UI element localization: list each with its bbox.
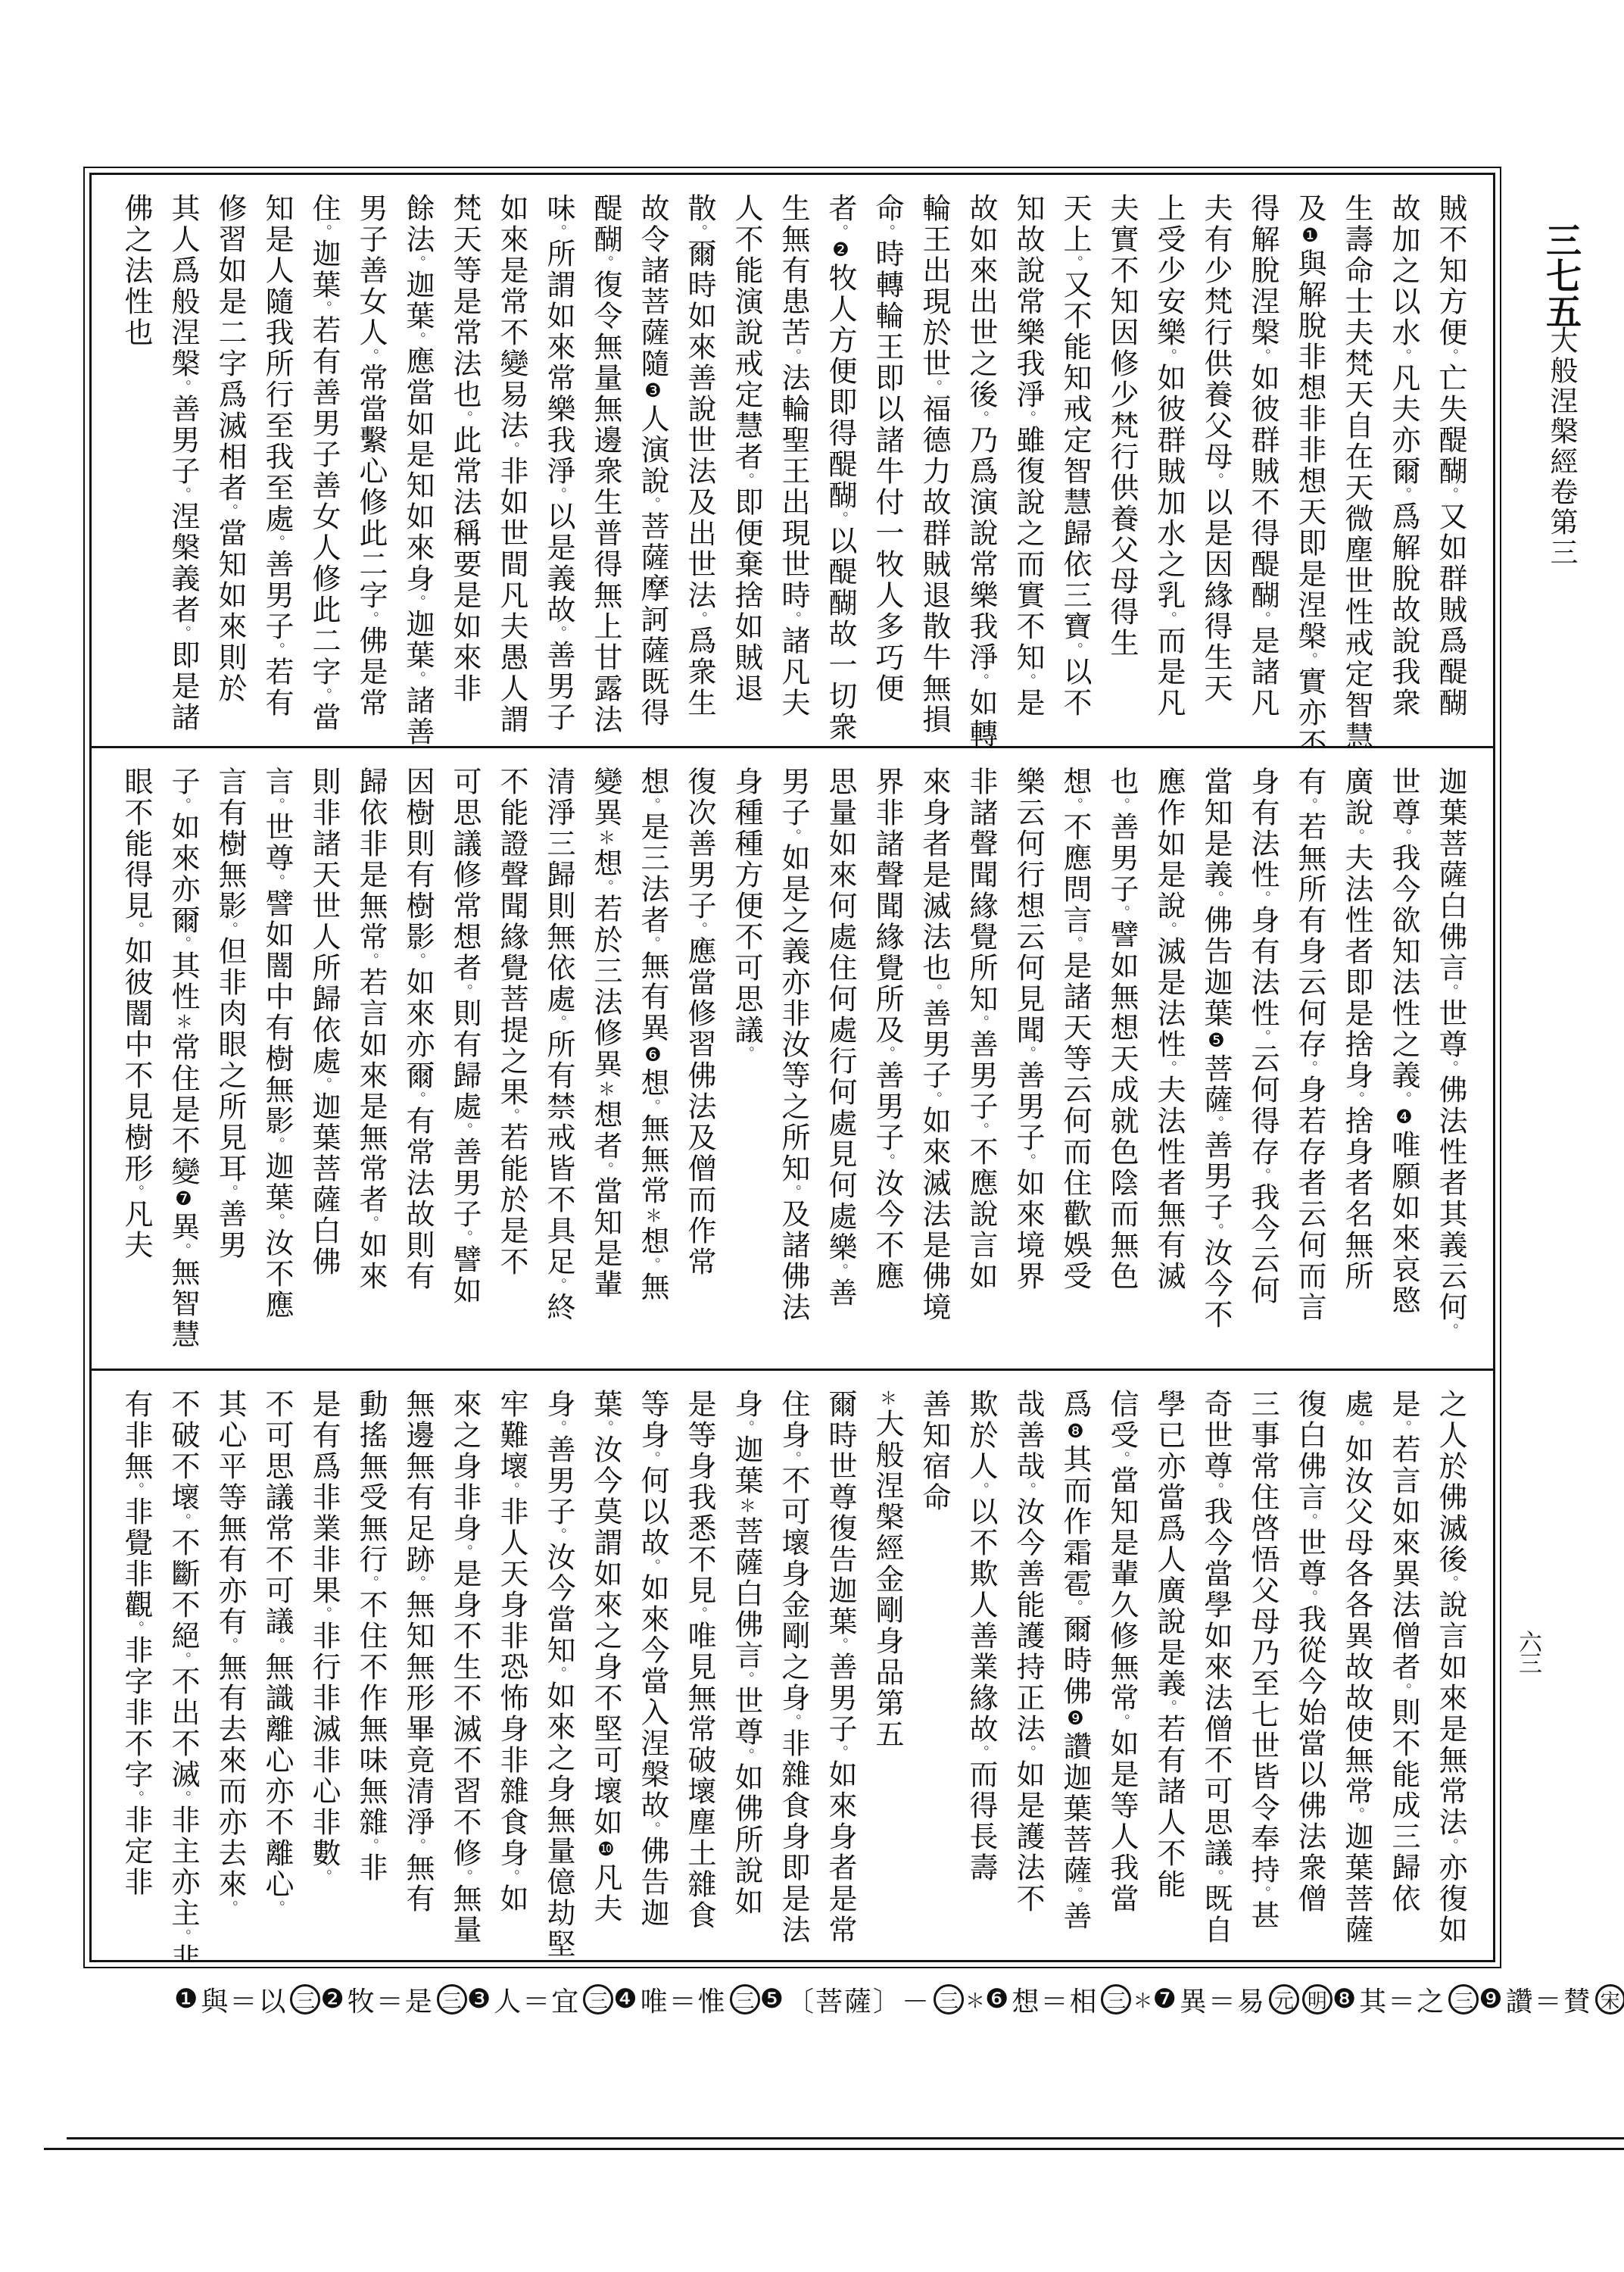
apparatus-number: ❾ — [1479, 1984, 1502, 2015]
apparatus-reading: 人＝宜 — [494, 1980, 580, 2019]
text-column: 有非無。非覺非觀。非字非不字。非定非 — [112, 1389, 159, 1954]
text-column: 佛之法性也 — [112, 193, 159, 740]
text-column: 奇世尊。我今當學如來法僧不可思議。既自 — [1192, 1389, 1239, 1954]
text-column: 言有樹無影。但非肉眼之所見耳。善男 — [206, 766, 253, 1362]
text-column: 當知是義。佛告迦葉❺菩薩。善男子。汝今不 — [1192, 766, 1239, 1362]
apparatus-number: ❺ — [760, 1984, 784, 2015]
apparatus-line: ❶與＝以三❷牧＝是三❸人＝宜三❹唯＝惟三❺〔菩薩〕－三＊❻想＝相三＊❼異＝易元明… — [174, 1978, 1479, 2021]
apparatus-reading: 與＝以 — [201, 1980, 287, 2019]
text-column: 生壽命士夫梵天自在天微塵世性戒定智慧 — [1333, 193, 1379, 740]
text-column: 故如來出世之後。乃爲演說常樂我淨。如轉 — [957, 193, 1004, 740]
text-column: 思量如來何處住何處行何處見何處樂。善 — [816, 766, 863, 1362]
canon-page-number: 三七五 — [1535, 222, 1586, 329]
register-top: 賊不知方便。亡失醍醐。又如群賊爲醍醐故加之以水。凡夫亦爾。爲解脫故說我衆生壽命士… — [92, 175, 1493, 748]
apparatus-reading: 牧＝是 — [348, 1980, 434, 2019]
text-column: 來身者是滅法也。善男子。如來滅法是佛境 — [910, 766, 957, 1362]
text-column: 不能證聲聞緣覺菩提之果。若能於是不 — [488, 766, 535, 1362]
apparatus-reading: 〔菩薩〕－ — [787, 1980, 930, 2019]
text-column: 歸依非是無常。若言如來是無常者。如來 — [347, 766, 394, 1362]
text-column: 是有爲非業非果。非行非滅非心非數。 — [300, 1389, 347, 1954]
text-column: 知是人隨我所行至我至處。善男子。若有 — [253, 193, 300, 740]
text-column: 無邊無有足跡。無知無形畢竟清淨。無有 — [394, 1389, 441, 1954]
register-bottom: 之人於佛滅後。說言如來是無常法。亦復如是。若言如來異法僧者。則不能成三歸依處。如… — [92, 1371, 1493, 1960]
text-column: 生無有患苦。法輪聖王出現世時。諸凡夫 — [769, 193, 816, 740]
text-column: 夫有少梵行供養父母。以是因緣得生天 — [1192, 193, 1239, 740]
text-column: 欺於人。以不欺人善業緣故。而得長壽 — [957, 1389, 1004, 1954]
edition-circle-icon: 三 — [437, 1984, 467, 2015]
edition-circle-icon: 三 — [1101, 1984, 1131, 2015]
text-column: 不破不壞。不斷不絕。不出不滅。非主亦主。非 — [159, 1389, 206, 1954]
apparatus-reading: 其＝之 — [1359, 1980, 1445, 2019]
apparatus-item: ❸人＝宜三 — [467, 1980, 613, 2019]
bottom-rule — [67, 2137, 1624, 2139]
text-column: 散。爾時如來善說世法及出世法。爲衆生 — [675, 193, 722, 740]
text-column: 故令諸菩薩隨❸人演說。菩薩摩訶薩既得 — [628, 193, 675, 740]
text-column: 其心平等無有亦有。無有去來而亦去來。 — [206, 1389, 253, 1954]
text-column: 不可思議常不可議。無識離心亦不離心。 — [253, 1389, 300, 1954]
text-column: 是等身我悉不見。唯見無常破壞塵土雜食 — [675, 1389, 722, 1954]
apparatus-item: ❾讚＝賛宋 — [1479, 1980, 1624, 2019]
text-column: 其人爲般涅槃。善男子。涅槃義者。即是諸 — [159, 193, 206, 740]
text-column: 復白佛言。世尊。我從今始當以佛法衆僧 — [1286, 1389, 1333, 1954]
text-column: 天上。又不能知戒定智慧歸依三寶。以不 — [1051, 193, 1098, 740]
text-column: 樂云何行想云何見聞。善男子。如來境界 — [1004, 766, 1051, 1362]
text-column: 夫實不知因修少梵行供養父母得生 — [1098, 193, 1145, 740]
apparatus-number: ❷ — [320, 1984, 344, 2015]
edition-circle-icon: 元 — [1269, 1984, 1299, 2015]
text-column: 則非諸天世人所歸依處。迦葉菩薩白佛 — [300, 766, 347, 1362]
text-column: ＊大般涅槃經金剛身品第五 — [863, 1389, 910, 1954]
text-column: 餘法。迦葉。應當如是知如來身。迦葉。諸善 — [394, 193, 441, 740]
text-column: 梵天等是常法也。此常法稱要是如來非 — [441, 193, 488, 740]
text-column: 復次善男子。應當修習佛法及僧而作常 — [675, 766, 722, 1362]
apparatus-number: ❸ — [467, 1984, 491, 2015]
apparatus-item: ❽其＝之三 — [1333, 1980, 1479, 2019]
apparatus-item: ❷牧＝是三 — [320, 1980, 466, 2019]
edition-circle-icon: 宋 — [1595, 1984, 1624, 2015]
text-column: 爾時世尊復告迦葉。善男子。如來身者是常 — [816, 1389, 863, 1954]
text-column: 信受。當知是輩久修無常。如是等人我當 — [1098, 1389, 1145, 1954]
text-column: 清淨三歸則無依處。所有禁戒皆不具足。終 — [535, 766, 581, 1362]
apparatus-item: ❹唯＝惟三 — [613, 1980, 759, 2019]
text-column: 故加之以水。凡夫亦爾。爲解脫故說我衆 — [1379, 193, 1426, 740]
text-column: 上受少安樂。如彼群賊加水之乳。而是凡 — [1145, 193, 1192, 740]
apparatus-number: ❹ — [613, 1984, 637, 2015]
text-column: 之人於佛滅後。說言如來是無常法。亦復如 — [1426, 1389, 1473, 1954]
apparatus-item: ❺〔菩薩〕－三＊ — [760, 1980, 985, 2019]
text-column: 界非諸聲聞緣覺所及。善男子。汝今不應 — [863, 766, 910, 1362]
text-column: 言。世尊。譬如闇中有樹無影。迦葉。汝不應 — [253, 766, 300, 1362]
apparatus-star: ＊ — [1133, 1986, 1152, 2014]
text-column: 來之身非身。是身不生不滅不習不修。無量 — [441, 1389, 488, 1954]
apparatus-number: ❻ — [985, 1984, 1008, 2015]
apparatus-reading: 想＝相 — [1011, 1980, 1098, 2019]
text-column: 迦葉菩薩白佛言。世尊。佛法性者其義云何。 — [1426, 766, 1473, 1362]
text-column: 男子善女人。常當繫心修此二字。佛是常 — [347, 193, 394, 740]
apparatus-reading: 唯＝惟 — [641, 1980, 727, 2019]
text-column: 者。❷牧人方便即得醍醐。以醍醐故一切衆 — [816, 193, 863, 740]
text-column: 味。所謂如來常樂我淨。以是義故。善男子 — [535, 193, 581, 740]
scroll-title: 大般涅槃經卷第三 — [1540, 326, 1581, 568]
edition-circle-icon: 明 — [1302, 1984, 1333, 2015]
text-column: 廣說。夫法性者即是捨身。捨身者名無所 — [1333, 766, 1379, 1362]
text-column: 眼不能得見。如彼闇中不見樹形。凡夫 — [112, 766, 159, 1362]
text-column: 子。如來亦爾。其性＊常住是不變❼異。無智慧 — [159, 766, 206, 1362]
text-column: 非諸聲聞緣覺所知。善男子。不應說言如 — [957, 766, 1004, 1362]
edition-circle-icon: 三 — [730, 1984, 760, 2015]
text-column: 修習如是二字爲滅相者。當知如來則於 — [206, 193, 253, 740]
text-column: 及❶與解脫非想非非想天即是涅槃。實亦不 — [1286, 193, 1333, 740]
text-column: 賊不知方便。亡失醍醐。又如群賊爲醍醐 — [1426, 193, 1473, 740]
text-column: 變異＊想。若於三法修異＊想者。當知是輩 — [581, 766, 628, 1362]
text-column: 因樹則有樹影。如來亦爾。有常法故則有 — [394, 766, 441, 1362]
text-column: 應作如是說。滅是法性。夫法性者無有滅 — [1145, 766, 1192, 1362]
edition-circle-icon: 三 — [290, 1984, 320, 2015]
text-column: 想。不應問言。是諸天等云何而住歡娛受 — [1051, 766, 1098, 1362]
apparatus-star: ＊ — [965, 1986, 985, 2014]
text-column: 處。如汝父母各各異故故使無常。迦葉菩薩 — [1333, 1389, 1379, 1954]
text-column: 善知宿命 — [910, 1389, 957, 1954]
edition-circle-icon: 三 — [1448, 1984, 1479, 2015]
text-column: 身。善男子。汝今當知。如來之身無量億劫堅 — [535, 1389, 581, 1954]
text-column: 世尊。我今欲知法性之義。❹唯願如來哀愍 — [1379, 766, 1426, 1362]
text-column: 想。是三法者。無有異❻想。無無常＊想。無 — [628, 766, 675, 1362]
text-column: 動搖無受無行。不住不作無味無雜。非 — [347, 1389, 394, 1954]
text-column: 如來是常不變易法。非如世間凡夫愚人謂 — [488, 193, 535, 740]
text-column: 得解脫涅槃。如彼群賊不得醍醐。是諸凡 — [1239, 193, 1286, 740]
text-column: 身種種方便不可思議。 — [722, 766, 769, 1362]
text-column: 有。若無所有身云何存。身若存者云何而言 — [1286, 766, 1333, 1362]
text-column: 可思議修常想者。則有歸處。善男子。譬如 — [441, 766, 488, 1362]
apparatus-number: ❼ — [1152, 1984, 1176, 2015]
apparatus-reading: 異＝易 — [1180, 1980, 1266, 2019]
folio-number: 六三 — [1511, 1630, 1545, 1672]
text-column: 醍醐。復令無量無邊衆生普得無上甘露法 — [581, 193, 628, 740]
text-column: 也。善男子。譬如無想天成就色陰而無色 — [1098, 766, 1145, 1362]
register-middle: 迦葉菩薩白佛言。世尊。佛法性者其義云何。世尊。我今欲知法性之義。❹唯願如來哀愍廣… — [92, 748, 1493, 1371]
apparatus-number: ❽ — [1333, 1984, 1356, 2015]
edition-circle-icon: 三 — [934, 1984, 964, 2015]
text-frame: 賊不知方便。亡失醍醐。又如群賊爲醍醐故加之以水。凡夫亦爾。爲解脫故說我衆生壽命士… — [89, 173, 1495, 1962]
text-column: 身。迦葉＊菩薩白佛言。世尊。如佛所說如 — [722, 1389, 769, 1954]
text-column: 人不能演說戒定慧者。即便棄捨如賊退 — [722, 193, 769, 740]
text-column: 葉。汝今莫謂如來之身不堅可壞如❿凡夫 — [581, 1389, 628, 1954]
text-column: 輪王出現於世。福德力故群賊退散牛無損 — [910, 193, 957, 740]
text-column: 哉善哉。汝今善能護持正法。如是護法不 — [1004, 1389, 1051, 1954]
text-column: 等身。何以故。如來今當入涅槃故。佛告迦 — [628, 1389, 675, 1954]
text-column: 男子。如是之義亦非汝等之所知。及諸佛法 — [769, 766, 816, 1362]
text-column: 牢難壞。非人天身非恐怖身非雜食身。如 — [488, 1389, 535, 1954]
text-column: 是。若言如來異法僧者。則不能成三歸依 — [1379, 1389, 1426, 1954]
scripture-page: 三七五 大般涅槃經卷第三 六三 賊不知方便。亡失醍醐。又如群賊爲醍醐故加之以水。… — [0, 0, 1624, 2272]
apparatus-item: ❻想＝相三＊ — [985, 1980, 1152, 2019]
text-column: 身有法性。身有法性。云何得存。我今云何 — [1239, 766, 1286, 1362]
apparatus-item: ❼異＝易元明 — [1152, 1980, 1332, 2019]
text-column: 住。迦葉。若有善男子善女人修此二字。當 — [300, 193, 347, 740]
apparatus-reading: 讚＝賛 — [1506, 1980, 1592, 2019]
text-column: 三事常住啓悟父母乃至七世皆令奉持。甚 — [1239, 1389, 1286, 1954]
text-column: 命。時轉輪王即以諸牛付一牧人多巧便 — [863, 193, 910, 740]
text-column: 知故說常樂我淨。雖復說之而實不知。是 — [1004, 193, 1051, 740]
text-column: 住身。不可壞身金剛之身。非雜食身即是法 — [769, 1389, 816, 1954]
apparatus-number: ❶ — [174, 1984, 198, 2015]
bottom-rule — [44, 2148, 1624, 2150]
edition-circle-icon: 三 — [583, 1984, 613, 2015]
text-column: 爲❽其而作霜雹。爾時佛❾讚迦葉菩薩。善 — [1051, 1389, 1098, 1954]
apparatus-item: ❶與＝以三 — [174, 1980, 320, 2019]
text-column: 學已亦當爲人廣說是義。若有諸人不能 — [1145, 1389, 1192, 1954]
